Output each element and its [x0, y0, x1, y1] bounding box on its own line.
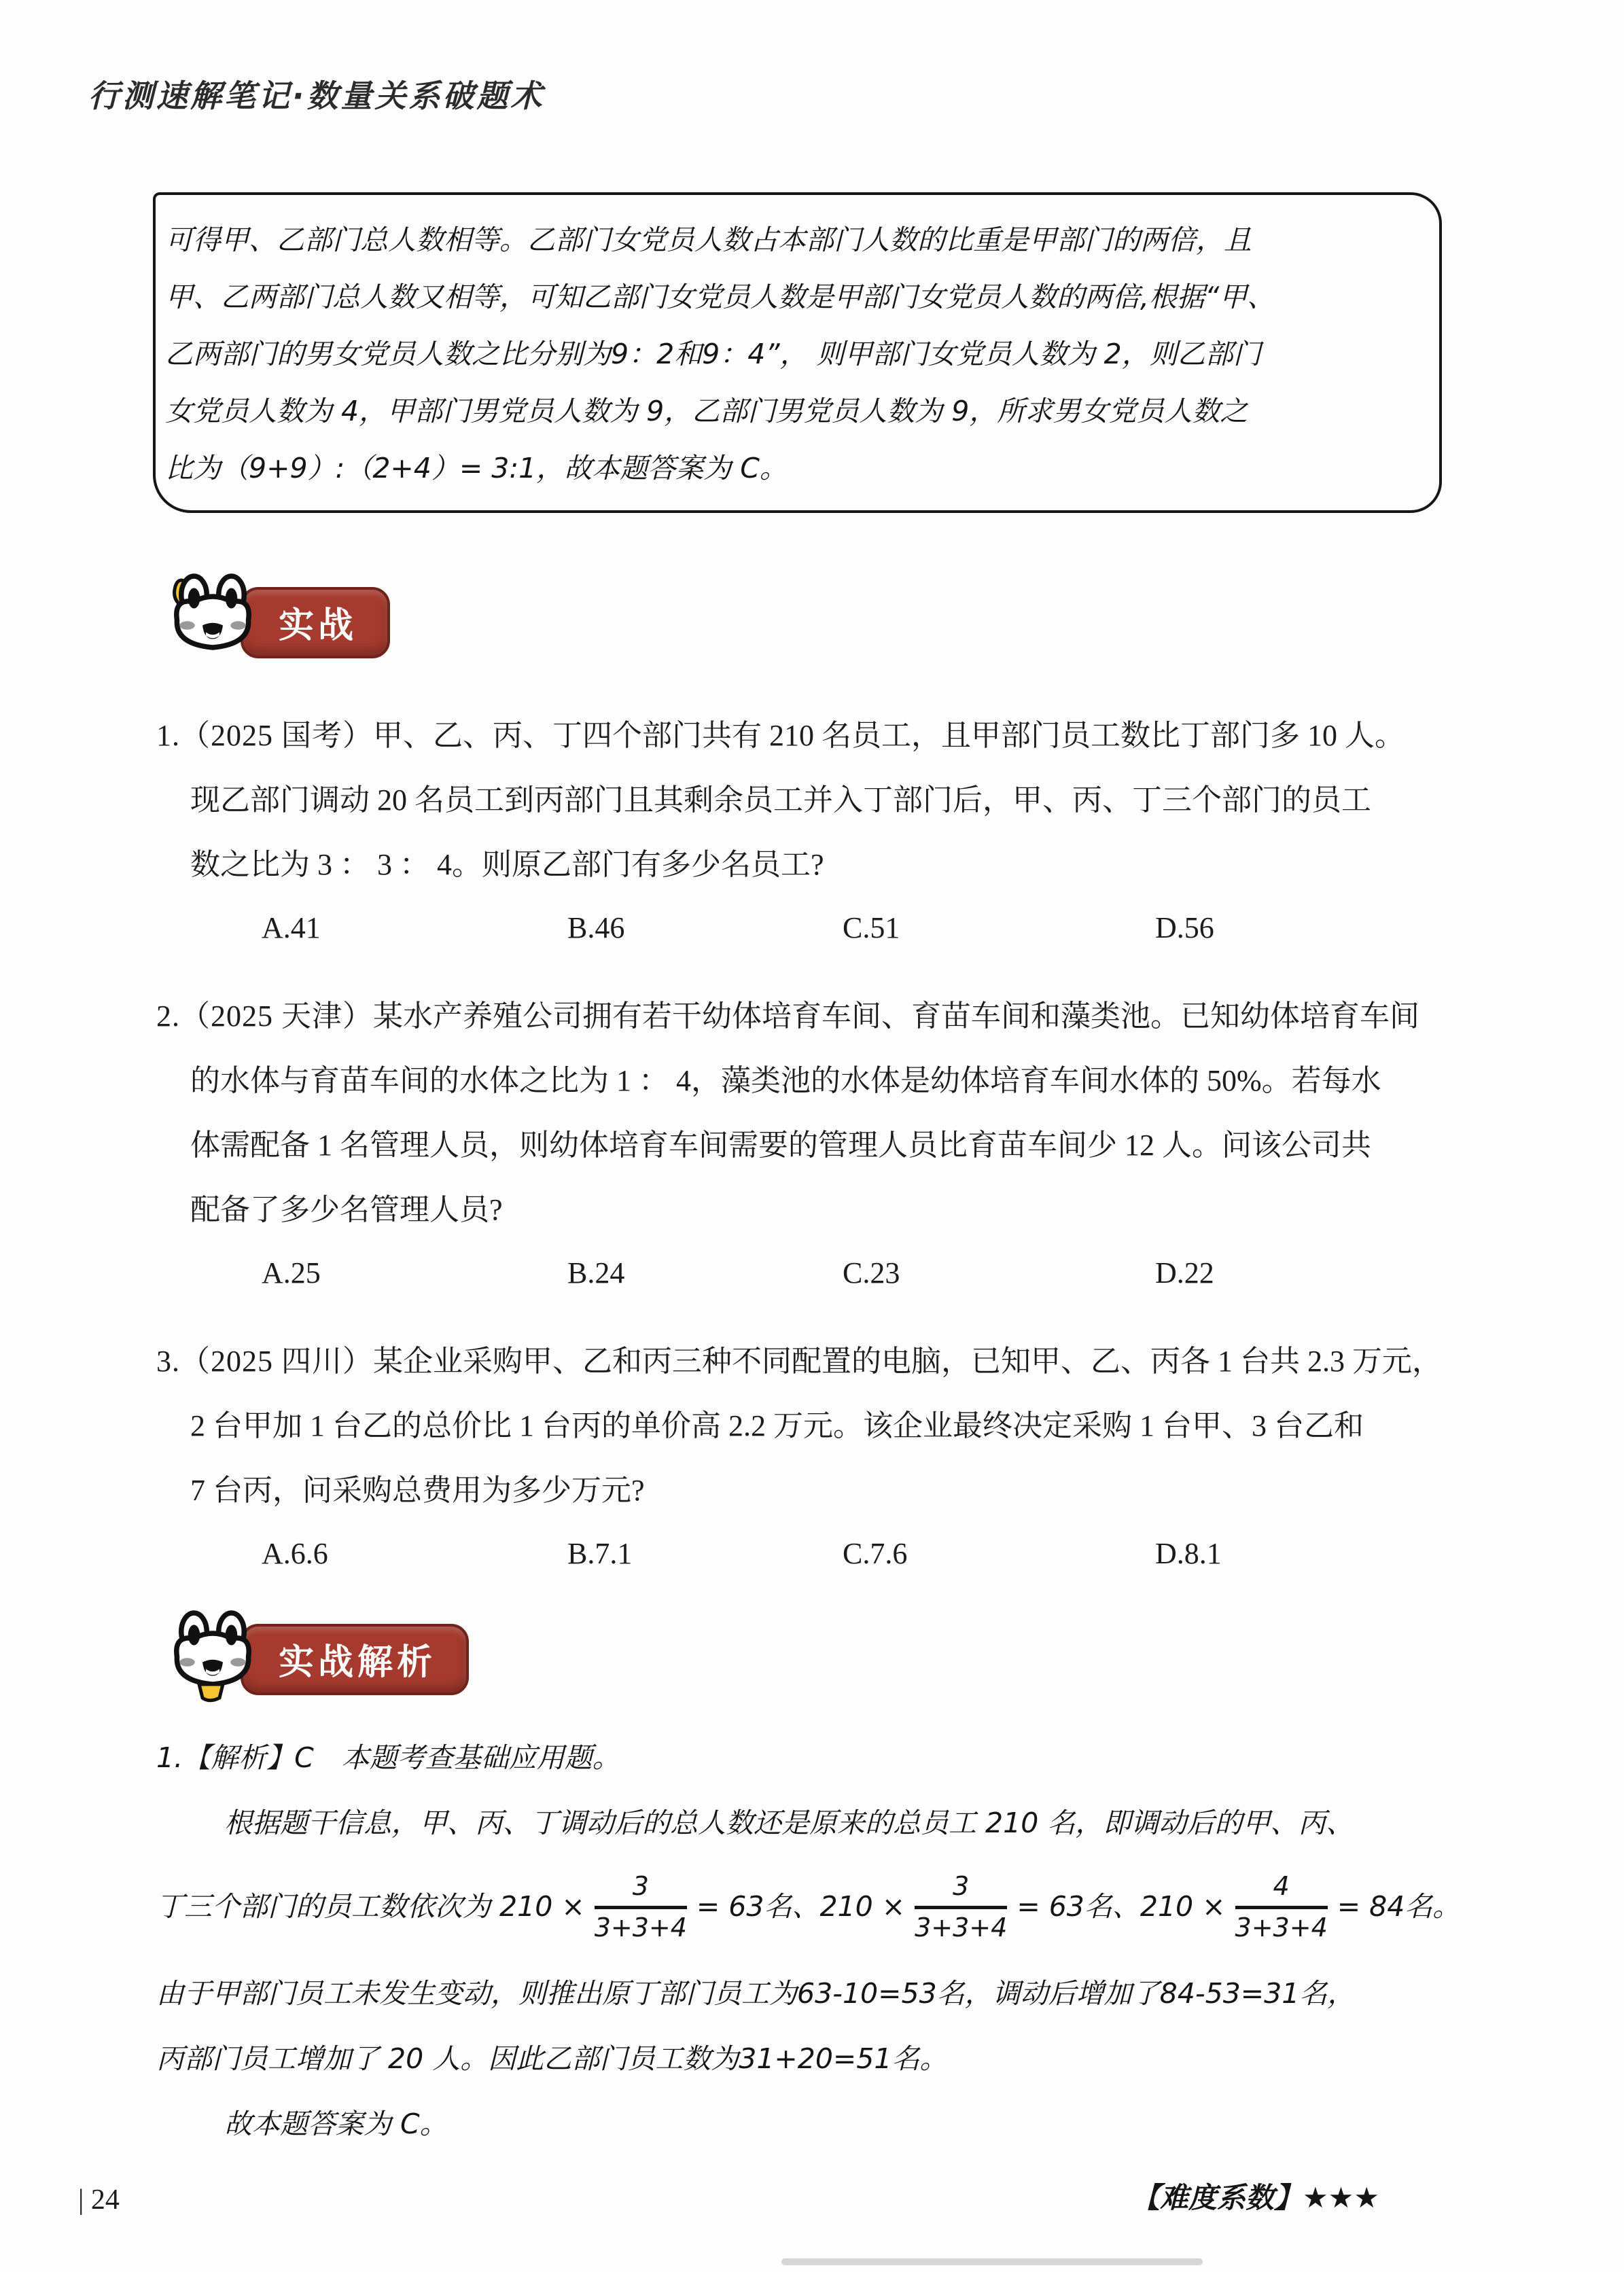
option-b: B.7.1	[567, 1527, 843, 1581]
page-header-title: 行测速解笔记·数量关系破题术	[88, 71, 1624, 116]
question-line: 体需配备 1 名管理人员，则幼体培育车间需要的管理人员比育苗车间少 12 人。问…	[156, 1113, 1542, 1177]
question-text: 甲、乙、丙、丁四个部门共有 210 名员工，且甲部门员工数比丁部门多 10 人。	[373, 719, 1405, 752]
question-line: 1.（2025 国考）甲、乙、丙、丁四个部门共有 210 名员工，且甲部门员工数…	[156, 703, 1542, 768]
solution-block: 1.【解析】C 本题考查基础应用题。 根据题干信息，甲、丙、丁调动后的总人数还是…	[156, 1725, 1542, 2156]
fraction: 33+3+4	[915, 1873, 1007, 1940]
question-line: 数之比为 3 ： 3 ： 4。则原乙部门有多少名员工?	[156, 832, 1542, 897]
analysis-section-header: 实战解析	[162, 1610, 1624, 1705]
option-a: A.41	[262, 901, 567, 955]
fraction-numerator: 3	[595, 1873, 687, 1909]
options-row: A.6.6 B.7.1 C.7.6 D.8.1	[156, 1527, 1542, 1581]
option-d: D.8.1	[1155, 1527, 1222, 1581]
option-c: C.7.6	[843, 1527, 1155, 1581]
option-c: C.23	[843, 1246, 1155, 1300]
handwritten-note-box: 可得甲、乙部门总人数相等。乙部门女党员人数占本部门人数的比重是甲部门的两倍，且 …	[153, 192, 1442, 513]
formula-segment: = 63名、210 ×	[1017, 1893, 1225, 1921]
option-d: D.56	[1155, 901, 1214, 955]
solution-line: 故本题答案为 C。	[156, 2091, 1542, 2156]
cat-mascot-icon	[162, 573, 264, 668]
solution-line: 丙部门员工增加了 20 人。因此乙部门员工数为31+20=51名。	[156, 2026, 1542, 2091]
question-line: 的水体与育苗车间的水体之比为 1 ： 4，藻类池的水体是幼体培育车间水体的 50…	[156, 1048, 1542, 1113]
question-number-source: 1.（2025 国考）	[156, 719, 373, 752]
note-line: 比为（9+9）:（2+4）= 3:1，故本题答案为 C。	[165, 440, 1413, 497]
question-line: 配备了多少名管理人员?	[156, 1177, 1542, 1242]
options-row: A.25 B.24 C.23 D.22	[156, 1246, 1542, 1300]
question-text: 某水产养殖公司拥有若干幼体培育车间、育苗车间和藻类池。已知幼体培育车间	[373, 999, 1419, 1033]
question-1: 1.（2025 国考）甲、乙、丙、丁四个部门共有 210 名员工，且甲部门员工数…	[156, 703, 1542, 955]
fraction: 43+3+4	[1235, 1873, 1328, 1940]
question-2: 2.（2025 天津）某水产养殖公司拥有若干幼体培育车间、育苗车间和藻类池。已知…	[156, 984, 1542, 1300]
fraction: 33+3+4	[595, 1873, 687, 1940]
solution-line: 根据题干信息，甲、丙、丁调动后的总人数还是原来的总员工 210 名，即调动后的甲…	[156, 1790, 1542, 1856]
solution-line: 1.【解析】C 本题考查基础应用题。	[156, 1725, 1542, 1790]
note-line: 可得甲、乙部门总人数相等。乙部门女党员人数占本部门人数的比重是甲部门的两倍，且	[165, 211, 1413, 268]
question-line: 2 台甲加 1 台乙的总价比 1 台丙的单价高 2.2 万元。该企业最终决定采购…	[156, 1394, 1542, 1458]
question-line: 现乙部门调动 20 名员工到丙部门且其剩余员工并入丁部门后，甲、丙、丁三个部门的…	[156, 768, 1542, 832]
question-list: 1.（2025 国考）甲、乙、丙、丁四个部门共有 210 名员工，且甲部门员工数…	[156, 703, 1542, 1581]
fraction-denominator: 3+3+4	[1235, 1909, 1328, 1940]
note-line: 乙两部门的男女党员人数之比分别为9：2和9：4”， 则甲部门女党员人数为 2，则…	[165, 325, 1413, 383]
practice-section-header: 实战	[162, 573, 1624, 668]
fraction-numerator: 4	[1235, 1873, 1328, 1909]
option-c: C.51	[843, 901, 1155, 955]
question-text: 某企业采购甲、乙和丙三种不同配置的电脑，已知甲、乙、丙各 1 台共 2.3 万元…	[373, 1345, 1442, 1378]
book-page: 行测速解笔记·数量关系破题术 可得甲、乙部门总人数相等。乙部门女党员人数占本部门…	[0, 0, 1624, 2272]
question-3: 3.（2025 四川）某企业采购甲、乙和丙三种不同配置的电脑，已知甲、乙、丙各 …	[156, 1329, 1542, 1581]
option-b: B.46	[567, 901, 843, 955]
question-line: 7 台丙，问采购总费用为多少万元?	[156, 1458, 1542, 1523]
note-line: 女党员人数为 4，甲部门男党员人数为 9，乙部门男党员人数为 9，所求男女党员人…	[165, 383, 1413, 440]
page-number: | 24	[78, 2184, 120, 2216]
option-d: D.22	[1155, 1246, 1214, 1300]
analysis-badge: 实战解析	[241, 1624, 469, 1695]
formula-segment: = 84名。	[1337, 1893, 1461, 1921]
formula-segment: = 63名、210 ×	[696, 1893, 905, 1921]
question-number-source: 3.（2025 四川）	[156, 1345, 373, 1378]
options-row: A.41 B.46 C.51 D.56	[156, 901, 1542, 955]
note-line: 甲、乙两部门总人数又相等，可知乙部门女党员人数是甲部门女党员人数的两倍,根据“甲…	[165, 268, 1413, 325]
option-b: B.24	[567, 1246, 843, 1300]
option-a: A.25	[262, 1246, 567, 1300]
fraction-denominator: 3+3+4	[915, 1909, 1007, 1940]
solution-line: 由于甲部门员工未发生变动，则推出原丁部门员工为63-10=53名，调动后增加了8…	[156, 1961, 1542, 2026]
question-line: 3.（2025 四川）某企业采购甲、乙和丙三种不同配置的电脑，已知甲、乙、丙各 …	[156, 1329, 1542, 1394]
fraction-denominator: 3+3+4	[595, 1909, 687, 1940]
scan-artifact	[781, 2258, 1203, 2265]
difficulty-rating: 【难度系数】★★★	[0, 2176, 1379, 2216]
solution-formula-line: 丁三个部门的员工数依次为 210 × 33+3+4 = 63名、210 × 33…	[156, 1873, 1542, 1940]
cat-mascot-icon	[162, 1610, 264, 1705]
question-number-source: 2.（2025 天津）	[156, 999, 373, 1033]
option-a: A.6.6	[262, 1527, 567, 1581]
formula-prefix: 丁三个部门的员工数依次为 210 ×	[156, 1893, 585, 1921]
question-line: 2.（2025 天津）某水产养殖公司拥有若干幼体培育车间、育苗车间和藻类池。已知…	[156, 984, 1542, 1048]
fraction-numerator: 3	[915, 1873, 1007, 1909]
